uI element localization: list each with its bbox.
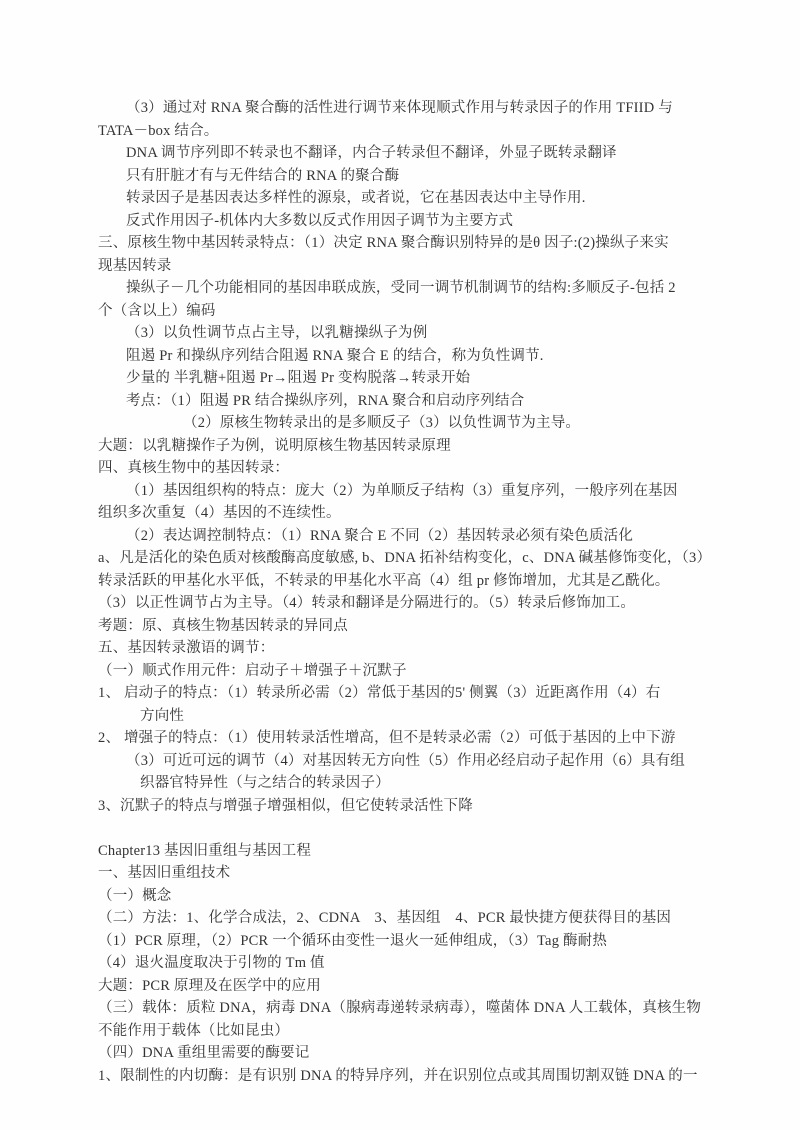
text-line: DNA 调节序列即不转录也不翻译，内合子转录但不翻译，外显子既转录翻译 xyxy=(98,142,716,165)
text-line: 不能作用于载体（比如昆虫） xyxy=(98,1020,716,1043)
text-line: 3、沉默子的特点与增强子增强相似，但它使转录活性下降 xyxy=(98,795,716,818)
text-line: （3）以负性调节点占主导，以乳糖操纵子为例 xyxy=(98,322,716,345)
text-line: 考点：（1）阻遏 PR 结合操纵序列，RNA 聚合和启动序列结合 xyxy=(98,390,716,413)
text-line: （二）方法：1、化学合成法，2、CDNA 3、基因组 4、PCR 最快捷方便获得… xyxy=(98,907,716,930)
text-line: 三、原核生物中基因转录特点：（1）决定 RNA 聚合酶识别特异的是θ 因子:(2… xyxy=(98,232,716,255)
blank-line xyxy=(98,817,716,840)
text-line: （4）退火温度取决于引物的 Tm 值 xyxy=(98,952,716,975)
text-line: 少量的 半乳糖+阻遏 Pr→阻遏 Pr 变构脱落→转录开始 xyxy=(98,367,716,390)
text-line: 反式作用因子-机体内大多数以反式作用因子调节为主要方式 xyxy=(98,210,716,233)
text-line: （2）原核生物转录出的是多顺反子（3）以负性调节为主导。 xyxy=(98,412,716,435)
text-line: 组织多次重复（4）基因的不连续性。 xyxy=(98,502,716,525)
text-line: 转录活跃的甲基化水平低，不转录的甲基化水平高（4）组 pr 修饰增加，尤其是乙酰… xyxy=(98,570,716,593)
text-line: 考题：原、真核生物基因转录的异同点 xyxy=(98,615,716,638)
text-line: （三）载体：质粒 DNA，病毒 DNA（腺病毒递转录病毒），噬菌体 DNA 人工… xyxy=(98,997,716,1020)
text-line: 方向性 xyxy=(98,705,716,728)
text-line: 五、基因转录激语的调节： xyxy=(98,637,716,660)
text-line: （2）表达调控制特点：（1）RNA 聚合 E 不同（2）基因转录必须有染色质活化 xyxy=(98,525,716,548)
text-line: （3）可近可远的调节（4）对基因转无方向性（5）作用必经启动子起作用（6）具有组 xyxy=(98,750,716,773)
document-text-body: （3）通过对 RNA 聚合酶的活性进行调节来体现顺式作用与转录因子的作用 TFI… xyxy=(98,97,716,1087)
text-line: 大题：以乳糖操作子为例，说明原核生物基因转录原理 xyxy=(98,435,716,458)
text-line: a、凡是活化的染色质对核酸酶高度敏感, b、DNA 拓补结构变化，c、DNA 碱… xyxy=(98,547,716,570)
text-line: 1、限制性的内切酶：是有识别 DNA 的特异序列，并在识别位点或其周围切割双链 … xyxy=(98,1065,716,1088)
text-line: 1、 启动子的特点：（1）转录所必需（2）常低于基因的5' 侧翼（3）近距离作用… xyxy=(98,682,716,705)
text-line: 只有肝脏才有与无件结合的 RNA 的聚合酶 xyxy=(98,165,716,188)
text-line: 一、基因旧重组技术 xyxy=(98,862,716,885)
text-line: 转录因子是基因表达多样性的源泉，或者说，它在基因表达中主导作用. xyxy=(98,187,716,210)
text-line: 操纵子－几个功能相同的基因串联成族，受同一调节机制调节的结构:多顺反子-包括 2 xyxy=(98,277,716,300)
text-line: （1）基因组织构的特点：庞大（2）为单顺反子结构（3）重复序列，一般序列在基因 xyxy=(98,480,716,503)
text-line: （一）顺式作用元件：启动子＋增强子＋沉默子 xyxy=(98,660,716,683)
text-line: 四、真核生物中的基因转录： xyxy=(98,457,716,480)
text-line: （3）通过对 RNA 聚合酶的活性进行调节来体现顺式作用与转录因子的作用 TFI… xyxy=(98,97,716,120)
text-line: 个（含以上）编码 xyxy=(98,300,716,323)
document-page: （3）通过对 RNA 聚合酶的活性进行调节来体现顺式作用与转录因子的作用 TFI… xyxy=(0,0,800,1131)
text-line: 阻遏 Pr 和操纵序列结合阻遏 RNA 聚合 E 的结合，称为负性调节. xyxy=(98,345,716,368)
text-line: （3）以正性调节占为主导。（4）转录和翻译是分隔进行的。（5）转录后修饰加工。 xyxy=(98,592,716,615)
text-line: 织器官特异性（与之结合的转录因子） xyxy=(98,772,716,795)
text-line: 现基因转录 xyxy=(98,255,716,278)
text-line: （1）PCR 原理，（2）PCR 一个循环由变性一退火一延伸组成，（3）Tag … xyxy=(98,930,716,953)
text-line: TATA－box 结合。 xyxy=(98,120,716,143)
text-line: （一）概念 xyxy=(98,885,716,908)
text-line: Chapter13 基因旧重组与基因工程 xyxy=(98,840,716,863)
text-line: 大题：PCR 原理及在医学中的应用 xyxy=(98,975,716,998)
text-line: 2、 增强子的特点：（1）使用转录活性增高，但不是转录必需（2）可低于基因的上中… xyxy=(98,727,716,750)
text-line: （四）DNA 重组里需要的酶要记 xyxy=(98,1042,716,1065)
